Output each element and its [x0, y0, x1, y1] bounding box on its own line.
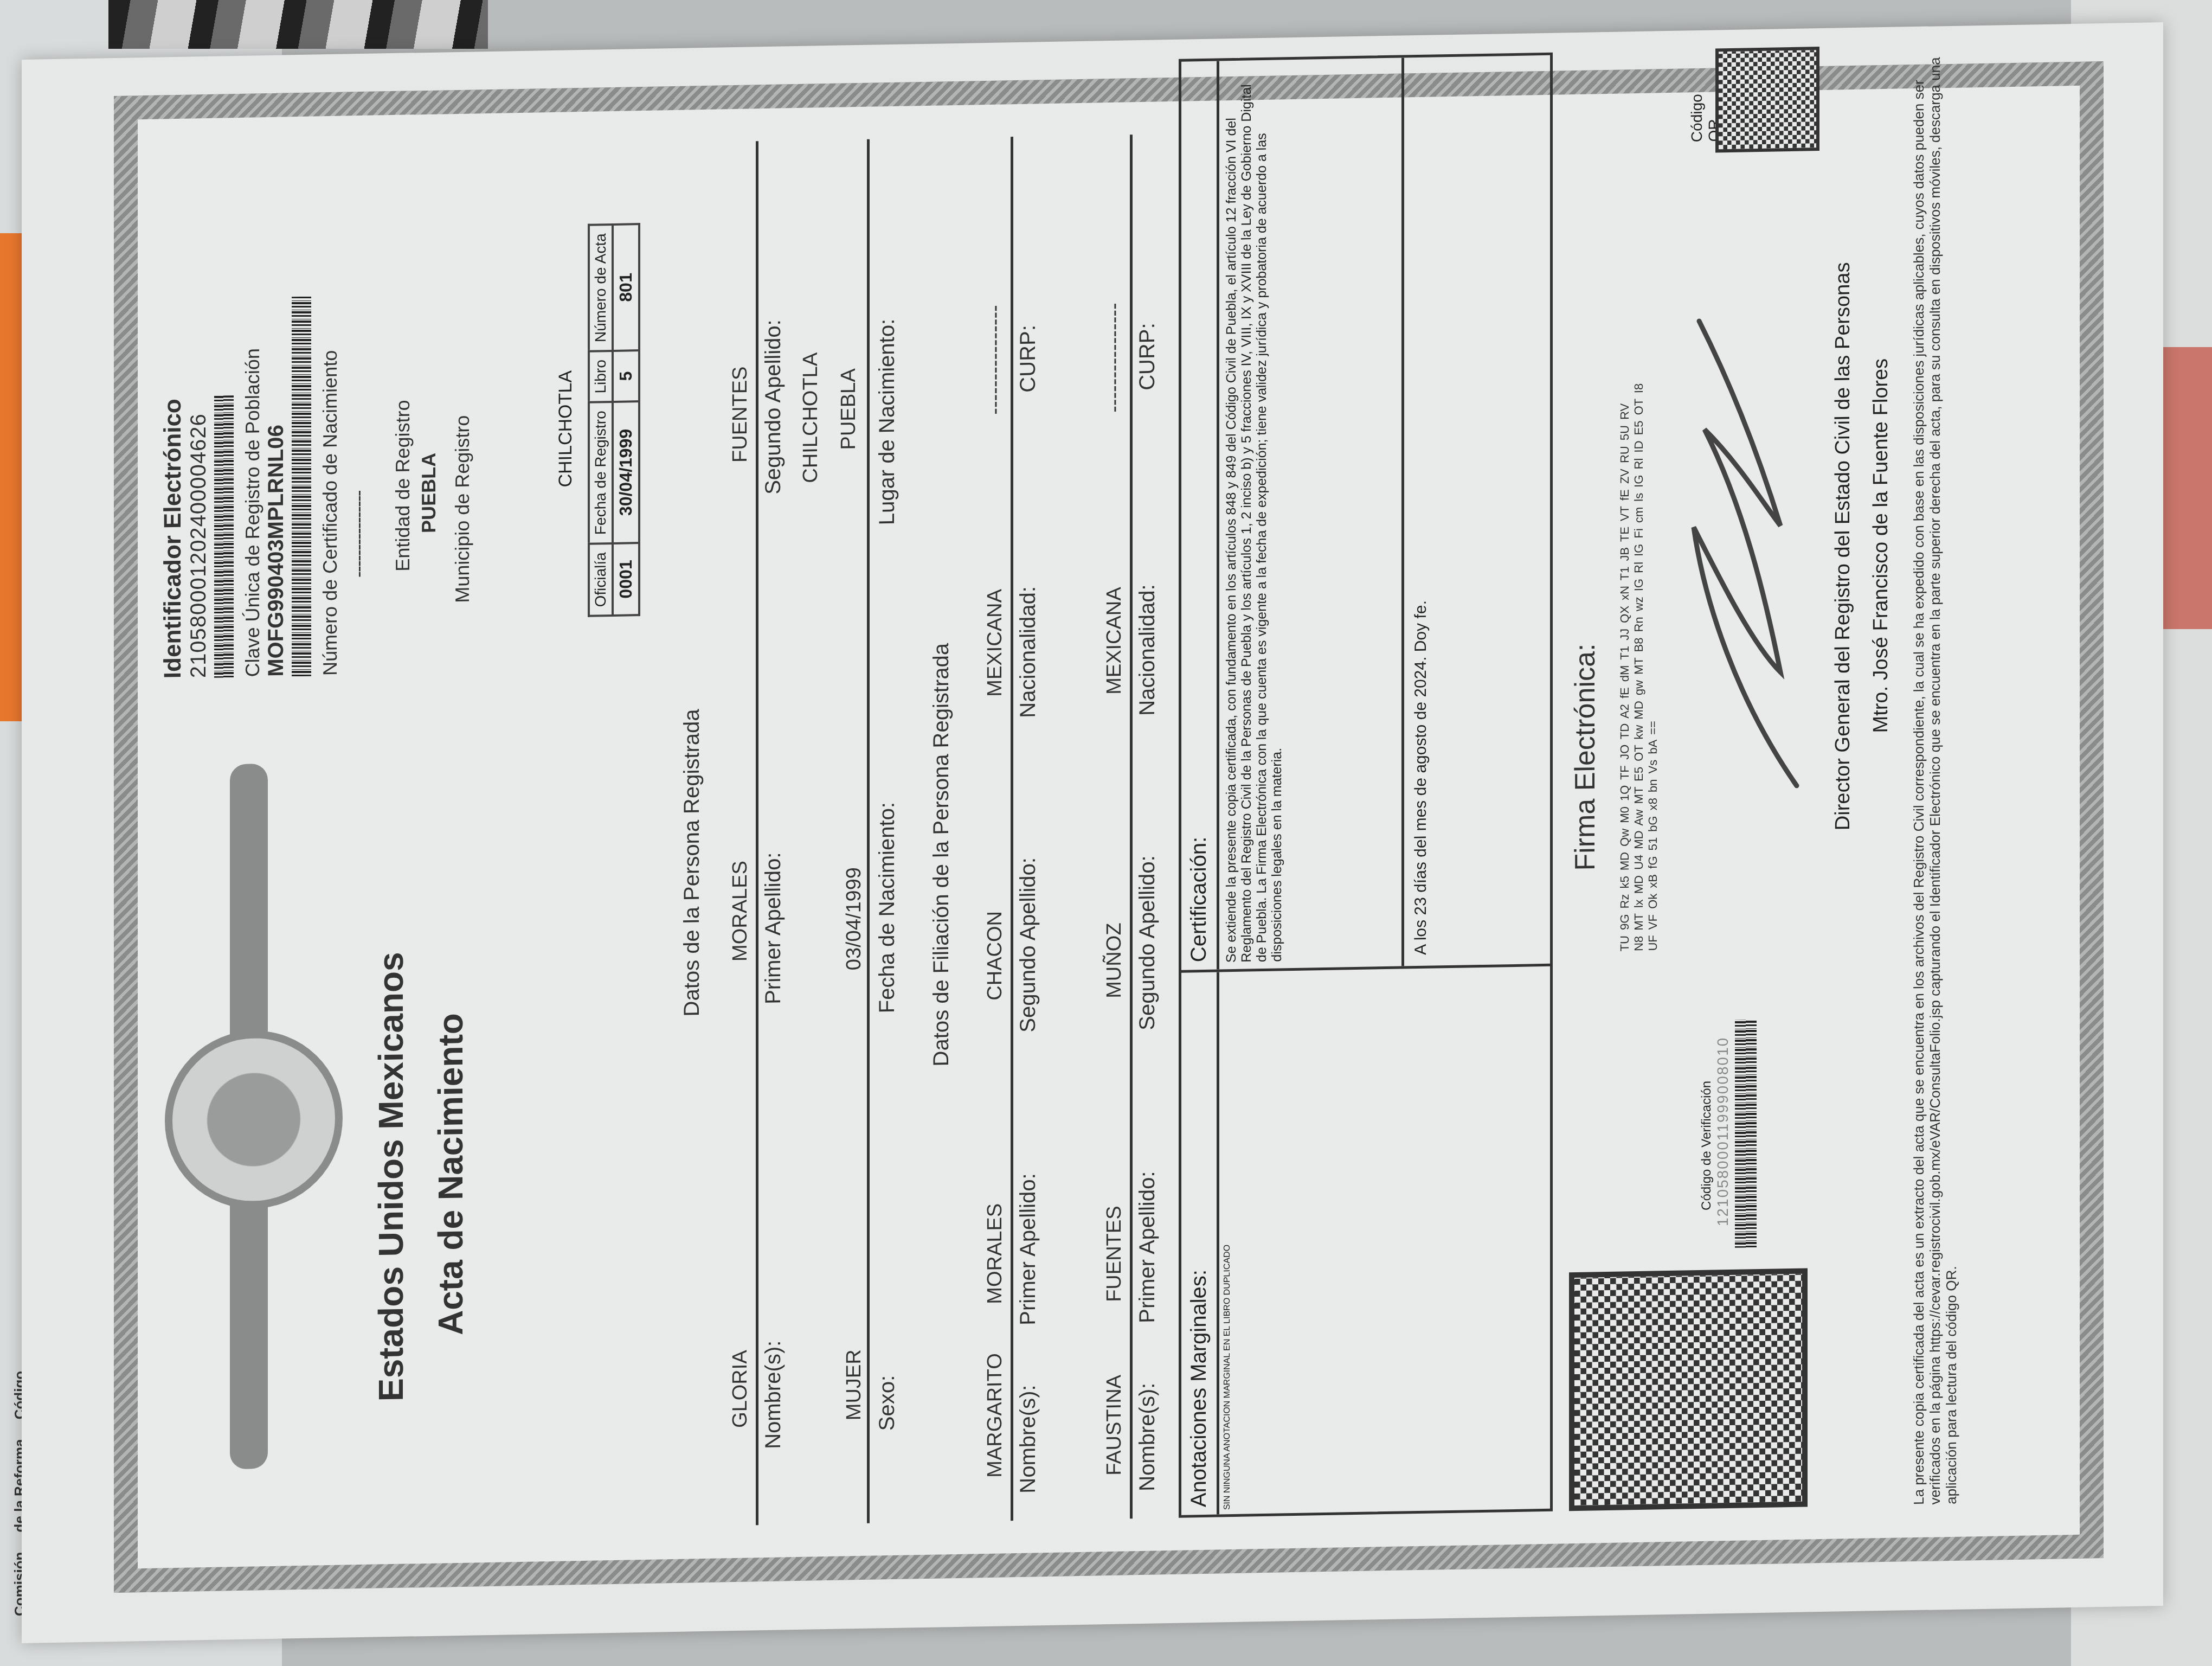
father-first-surname-label: Primer Apellido: — [1016, 1173, 1040, 1325]
electronic-id-value: 210580001202400004626 — [187, 136, 211, 678]
mother-second-surname: MUÑOZ — [1103, 922, 1126, 998]
certification-box: Certificación: Se extiende la presente c… — [1181, 55, 1550, 970]
birth-certificate: Estados Unidos Mexicanos Acta de Nacimie… — [22, 22, 2163, 1643]
mother-nationality-label: Nacionalidad: — [1135, 584, 1160, 716]
curp-barcode — [292, 297, 311, 677]
identifier-block: Identificador Electrónico 21058000120240… — [159, 131, 474, 678]
mother-names: FAUSTINA — [1103, 1375, 1126, 1476]
registry-header: Libro — [589, 351, 613, 402]
mexican-seal-icon — [165, 1029, 343, 1210]
mother-curp: ---------------- — [1103, 303, 1126, 413]
person-first-surname: MORALES — [729, 861, 752, 962]
mother-nationality: MEXICANA — [1103, 587, 1126, 695]
registered-person-title: Datos de la Persona Registrada — [680, 709, 704, 1017]
annotations-title: Anotaciones Marginales: — [1181, 972, 1219, 1515]
mother-first-surname-label: Primer Apellido: — [1135, 1171, 1160, 1323]
electronic-id-label: Identificador Electrónico — [159, 136, 187, 679]
registry-office: 0001 — [613, 543, 639, 616]
background-red-object — [2163, 347, 2212, 629]
divider — [756, 141, 758, 1525]
municipality-label: Municipio de Registro — [451, 131, 474, 674]
second-surname-label: Segundo Apellido: — [761, 319, 786, 495]
director-block: Director General del Registro del Estado… — [1824, 139, 1900, 953]
qr-code-small — [1715, 47, 1819, 152]
annotations-certification-boxes: Anotaciones Marginales: SIN NINGUNA ANOT… — [1179, 53, 1553, 1518]
registry-header: Número de Acta — [589, 225, 613, 351]
divider — [867, 139, 870, 1523]
divider — [1130, 134, 1133, 1518]
birth-place-municipality: CHILCHOTLA — [799, 353, 822, 483]
background-cables — [108, 0, 488, 49]
signature-hash: TU 9G Rz k5 MD Qw M0 1Q TF JO TD A2 fE d… — [1618, 83, 1660, 951]
document-title: Acta de Nacimiento — [430, 1013, 471, 1336]
names-label: Nombre(s): — [761, 1340, 786, 1449]
mother-first-surname: FUENTES — [1103, 1206, 1126, 1302]
registry-date: 30/04/1999 — [613, 401, 639, 543]
verification-barcode — [1735, 1020, 1757, 1248]
mother-second-surname-label: Segundo Apellido: — [1135, 855, 1160, 1030]
registry-book: 5 — [613, 350, 639, 402]
ornamental-border: Estados Unidos Mexicanos Acta de Nacimie… — [114, 61, 2104, 1593]
verification-code-block: Código de Verificación 12105800011999008… — [1699, 976, 1764, 1248]
father-names-label: Nombre(s): — [1016, 1385, 1040, 1494]
father-nationality: MEXICANA — [983, 589, 1007, 697]
director-name: Mtro. José Francisco de la Fuente Flores — [1862, 139, 1900, 953]
father-nationality-label: Nacionalidad: — [1016, 586, 1040, 718]
parents-title: Datos de Filiación de la Persona Registr… — [929, 643, 954, 1067]
hash-line: TU 9G Rz k5 MD Qw M0 1Q TF JO TD A2 fE d… — [1618, 84, 1632, 951]
person-birth-date: 03/04/1999 — [843, 867, 866, 971]
certification-text: Se extiende la presente copia certificad… — [1219, 57, 1404, 969]
certification-title: Certificación: — [1181, 61, 1219, 970]
registry-header: Oficialía — [589, 543, 613, 616]
coat-of-arms-header — [159, 762, 344, 1471]
electronic-signature-label: Firma Electrónica: — [1569, 643, 1602, 871]
divider — [1011, 137, 1013, 1521]
father-first-surname: MORALES — [983, 1203, 1007, 1304]
birth-place-label: Lugar de Nacimiento: — [875, 319, 899, 526]
birth-date-label: Fecha de Nacimiento: — [875, 802, 899, 1014]
annotations-text: SIN NINGUNA ANOTACION MARGINAL EN EL LIB… — [1219, 972, 1236, 1515]
curp-label: Clave Única de Registro de Población — [241, 134, 264, 677]
father-second-surname: CHACON — [983, 911, 1007, 1001]
birth-cert-number-label: Número de Certificado de Nacimiento — [319, 133, 342, 676]
registry-act-number: 801 — [613, 224, 639, 351]
curp-value: MOFG990403MPLRNL06 — [264, 134, 288, 677]
qr-code-large — [1569, 1268, 1808, 1511]
first-surname-label: Primer Apellido: — [761, 852, 786, 1004]
entity-value: PUEBLA — [417, 132, 440, 675]
sex-label: Sexo: — [875, 1375, 899, 1431]
verification-code: 12105800011999008010 — [1714, 977, 1732, 1248]
mother-names-label: Nombre(s): — [1135, 1382, 1160, 1491]
verification-label: Código de Verificación — [1699, 977, 1714, 1248]
footer-legal-note: La presente copia certificada del acta e… — [1911, 51, 1959, 1505]
father-curp: ---------------- — [983, 305, 1007, 415]
handwritten-signature-icon — [1672, 265, 1813, 810]
electronic-id-barcode — [214, 395, 234, 678]
father-names: MARGARITO — [983, 1353, 1007, 1478]
birth-place-state: PUEBLA — [837, 368, 860, 450]
father-second-surname-label: Segundo Apellido: — [1016, 857, 1040, 1033]
director-title: Director General del Registro del Estado… — [1824, 139, 1862, 953]
person-second-surname: FUENTES — [729, 366, 752, 463]
marginal-annotations-box: Anotaciones Marginales: SIN NINGUNA ANOT… — [1181, 964, 1550, 1515]
registry-header: Fecha de Registro — [589, 402, 613, 544]
certification-date: A los 23 días del mes de agosto de 2024.… — [1404, 57, 1438, 966]
birth-cert-number-value: ---------------- — [347, 133, 370, 578]
hash-line: UF VF Ok xB fG 51 bG x8 bn Vs bA == — [1646, 83, 1660, 951]
country-title: Estados Unidos Mexicanos — [371, 952, 411, 1402]
hash-line: N8 MT lx MD U4 MD Aw MT E5 OT kw MD gw M… — [1632, 84, 1646, 951]
municipality-value: CHILCHOTLA — [555, 370, 576, 488]
person-sex: MUJER — [843, 1349, 866, 1421]
entity-label: Entidad de Registro — [391, 132, 414, 675]
father-curp-label: CURP: — [1016, 325, 1040, 393]
mother-curp-label: CURP: — [1135, 323, 1160, 390]
person-names: GLORIA — [729, 1350, 752, 1428]
registry-table: Oficialía Fecha de Registro Libro Número… — [588, 223, 640, 617]
